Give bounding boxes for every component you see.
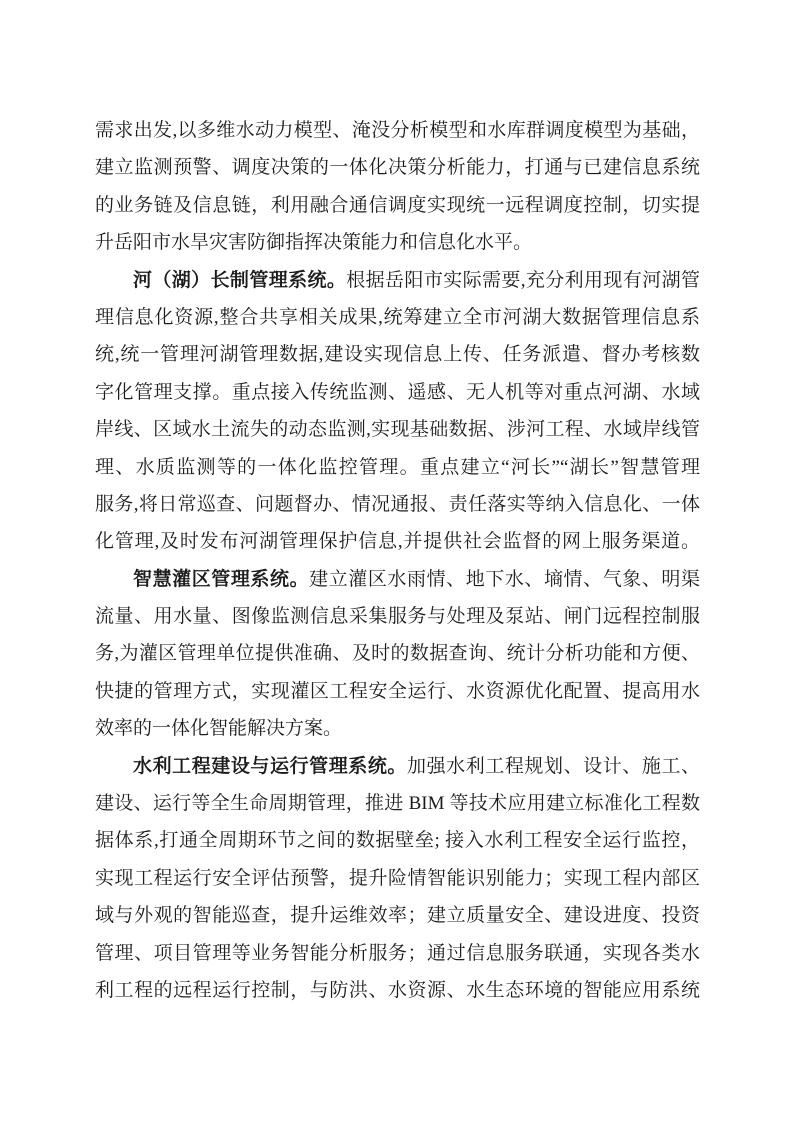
section-heading: 河（湖）长制管理系统。: [133, 270, 346, 291]
text-line: 务,为灌区管理单位提供准确、及时的数据查询、统计分析功能和方便、: [95, 635, 700, 672]
body-text: 统,统一管理河湖管理数据,建设实现信息上传、任务派遣、督办考核数: [95, 344, 700, 365]
section-heading: 水利工程建设与运行管理系统。: [133, 756, 407, 777]
text-line: 建立监测预警、调度决策的一体化决策分析能力，打通与已建信息系统: [95, 149, 700, 186]
body-text: 升岳阳市水旱灾害防御指挥决策能力和信息化水平。: [95, 232, 532, 253]
body-text: 化管理,及时发布河湖管理保护信息,并提供社会监督的网上服务渠道。: [95, 531, 700, 552]
text-line: 流量、用水量、图像监测信息采集服务与处理及泵站、闸门远程控制服: [95, 598, 700, 635]
body-text: 实现工程运行安全评估预警，提升险情智能识别能力；实现工程内部区: [95, 868, 700, 889]
body-text: 岸线、区域水土流失的动态监测,实现基础数据、涉河工程、水域岸线管: [95, 419, 700, 440]
text-line: 化管理,及时发布河湖管理保护信息,并提供社会监督的网上服务渠道。: [95, 523, 700, 560]
body-text: 字化管理支撑。重点接入传统监测、遥感、无人机等对重点河湖、水域: [95, 382, 700, 403]
paragraph: 需求出发,以多维水动力模型、淹没分析模型和水库群调度模型为基础，建立监测预警、调…: [95, 112, 700, 262]
text-line: 据体系,打通全周期环节之间的数据壁垒; 接入水利工程安全运行监控，: [95, 822, 700, 859]
body-text: 快捷的管理方式，实现灌区工程安全运行、水资源优化配置、提高用水: [95, 681, 700, 702]
text-line: 利工程的远程运行控制，与防洪、水资源、水生态环境的智能应用系统: [95, 972, 700, 1009]
body-text: 利工程的远程运行控制，与防洪、水资源、水生态环境的智能应用系统: [95, 980, 700, 1001]
body-text: 域与外观的智能巡查，提升运维效率；建立质量安全、建设进度、投资: [95, 905, 700, 926]
document-body: 需求出发,以多维水动力模型、淹没分析模型和水库群调度模型为基础，建立监测预警、调…: [95, 112, 700, 1009]
text-line: 岸线、区域水土流失的动态监测,实现基础数据、涉河工程、水域岸线管: [95, 411, 700, 448]
text-line: 服务,将日常巡查、问题督办、情况通报、责任落实等纳入信息化、一体: [95, 486, 700, 523]
body-text: 建立监测预警、调度决策的一体化决策分析能力，打通与已建信息系统: [95, 157, 700, 178]
body-text: 的业务链及信息链，利用融合通信调度实现统一远程调度控制，切实提: [95, 195, 700, 216]
text-line: 升岳阳市水旱灾害防御指挥决策能力和信息化水平。: [95, 224, 700, 261]
text-line: 管理、项目管理等业务智能分析服务；通过信息服务联通，实现各类水: [95, 935, 700, 972]
body-text: 服务,将日常巡查、问题督办、情况通报、责任落实等纳入信息化、一体: [95, 494, 700, 515]
body-text: 流量、用水量、图像监测信息采集服务与处理及泵站、闸门远程控制服: [95, 606, 700, 627]
body-text: 效率的一体化智能解决方案。: [95, 718, 342, 739]
body-text: 据体系,打通全周期环节之间的数据壁垒; 接入水利工程安全运行监控，: [95, 830, 700, 851]
body-text: 管理、项目管理等业务智能分析服务；通过信息服务联通，实现各类水: [95, 943, 700, 964]
text-line: 建设、运行等全生命周期管理，推进 BIM 等技术应用建立标准化工程数: [95, 785, 700, 822]
body-text: 需求出发,以多维水动力模型、淹没分析模型和水库群调度模型为基础，: [95, 120, 700, 141]
body-text: 根据岳阳市实际需要,充分利用现有河湖管: [346, 270, 700, 291]
text-line: 的业务链及信息链，利用融合通信调度实现统一远程调度控制，切实提: [95, 187, 700, 224]
text-line: 河（湖）长制管理系统。根据岳阳市实际需要,充分利用现有河湖管: [95, 262, 700, 299]
section-heading: 智慧灌区管理系统。: [133, 569, 309, 590]
body-text: 建立灌区水雨情、地下水、墒情、气象、明渠: [309, 569, 700, 590]
body-text: 建设、运行等全生命周期管理，推进 BIM 等技术应用建立标准化工程数: [95, 793, 700, 814]
body-text: 加强水利工程规划、设计、施工、: [407, 756, 700, 777]
body-text: 务,为灌区管理单位提供准确、及时的数据查询、统计分析功能和方便、: [95, 643, 700, 664]
body-text: 理、水质监测等的一体化监控管理。重点建立“河长”“湖长”智慧管理: [95, 457, 700, 478]
paragraph: 河（湖）长制管理系统。根据岳阳市实际需要,充分利用现有河湖管理信息化资源,整合共…: [95, 262, 700, 561]
body-text: 理信息化资源,整合共享相关成果,统筹建立全市河湖大数据管理信息系: [95, 307, 700, 328]
text-line: 快捷的管理方式，实现灌区工程安全运行、水资源优化配置、提高用水: [95, 673, 700, 710]
text-line: 字化管理支撑。重点接入传统监测、遥感、无人机等对重点河湖、水域: [95, 374, 700, 411]
text-line: 理信息化资源,整合共享相关成果,统筹建立全市河湖大数据管理信息系: [95, 299, 700, 336]
text-line: 理、水质监测等的一体化监控管理。重点建立“河长”“湖长”智慧管理: [95, 449, 700, 486]
text-line: 统,统一管理河湖管理数据,建设实现信息上传、任务派遣、督办考核数: [95, 336, 700, 373]
text-line: 实现工程运行安全评估预警，提升险情智能识别能力；实现工程内部区: [95, 860, 700, 897]
paragraph: 水利工程建设与运行管理系统。加强水利工程规划、设计、施工、建设、运行等全生命周期…: [95, 748, 700, 1010]
document-page: 需求出发,以多维水动力模型、淹没分析模型和水库群调度模型为基础，建立监测预警、调…: [95, 112, 700, 1009]
text-line: 域与外观的智能巡查，提升运维效率；建立质量安全、建设进度、投资: [95, 897, 700, 934]
text-line: 智慧灌区管理系统。建立灌区水雨情、地下水、墒情、气象、明渠: [95, 561, 700, 598]
text-line: 水利工程建设与运行管理系统。加强水利工程规划、设计、施工、: [95, 748, 700, 785]
paragraph: 智慧灌区管理系统。建立灌区水雨情、地下水、墒情、气象、明渠流量、用水量、图像监测…: [95, 561, 700, 748]
text-line: 需求出发,以多维水动力模型、淹没分析模型和水库群调度模型为基础，: [95, 112, 700, 149]
text-line: 效率的一体化智能解决方案。: [95, 710, 700, 747]
